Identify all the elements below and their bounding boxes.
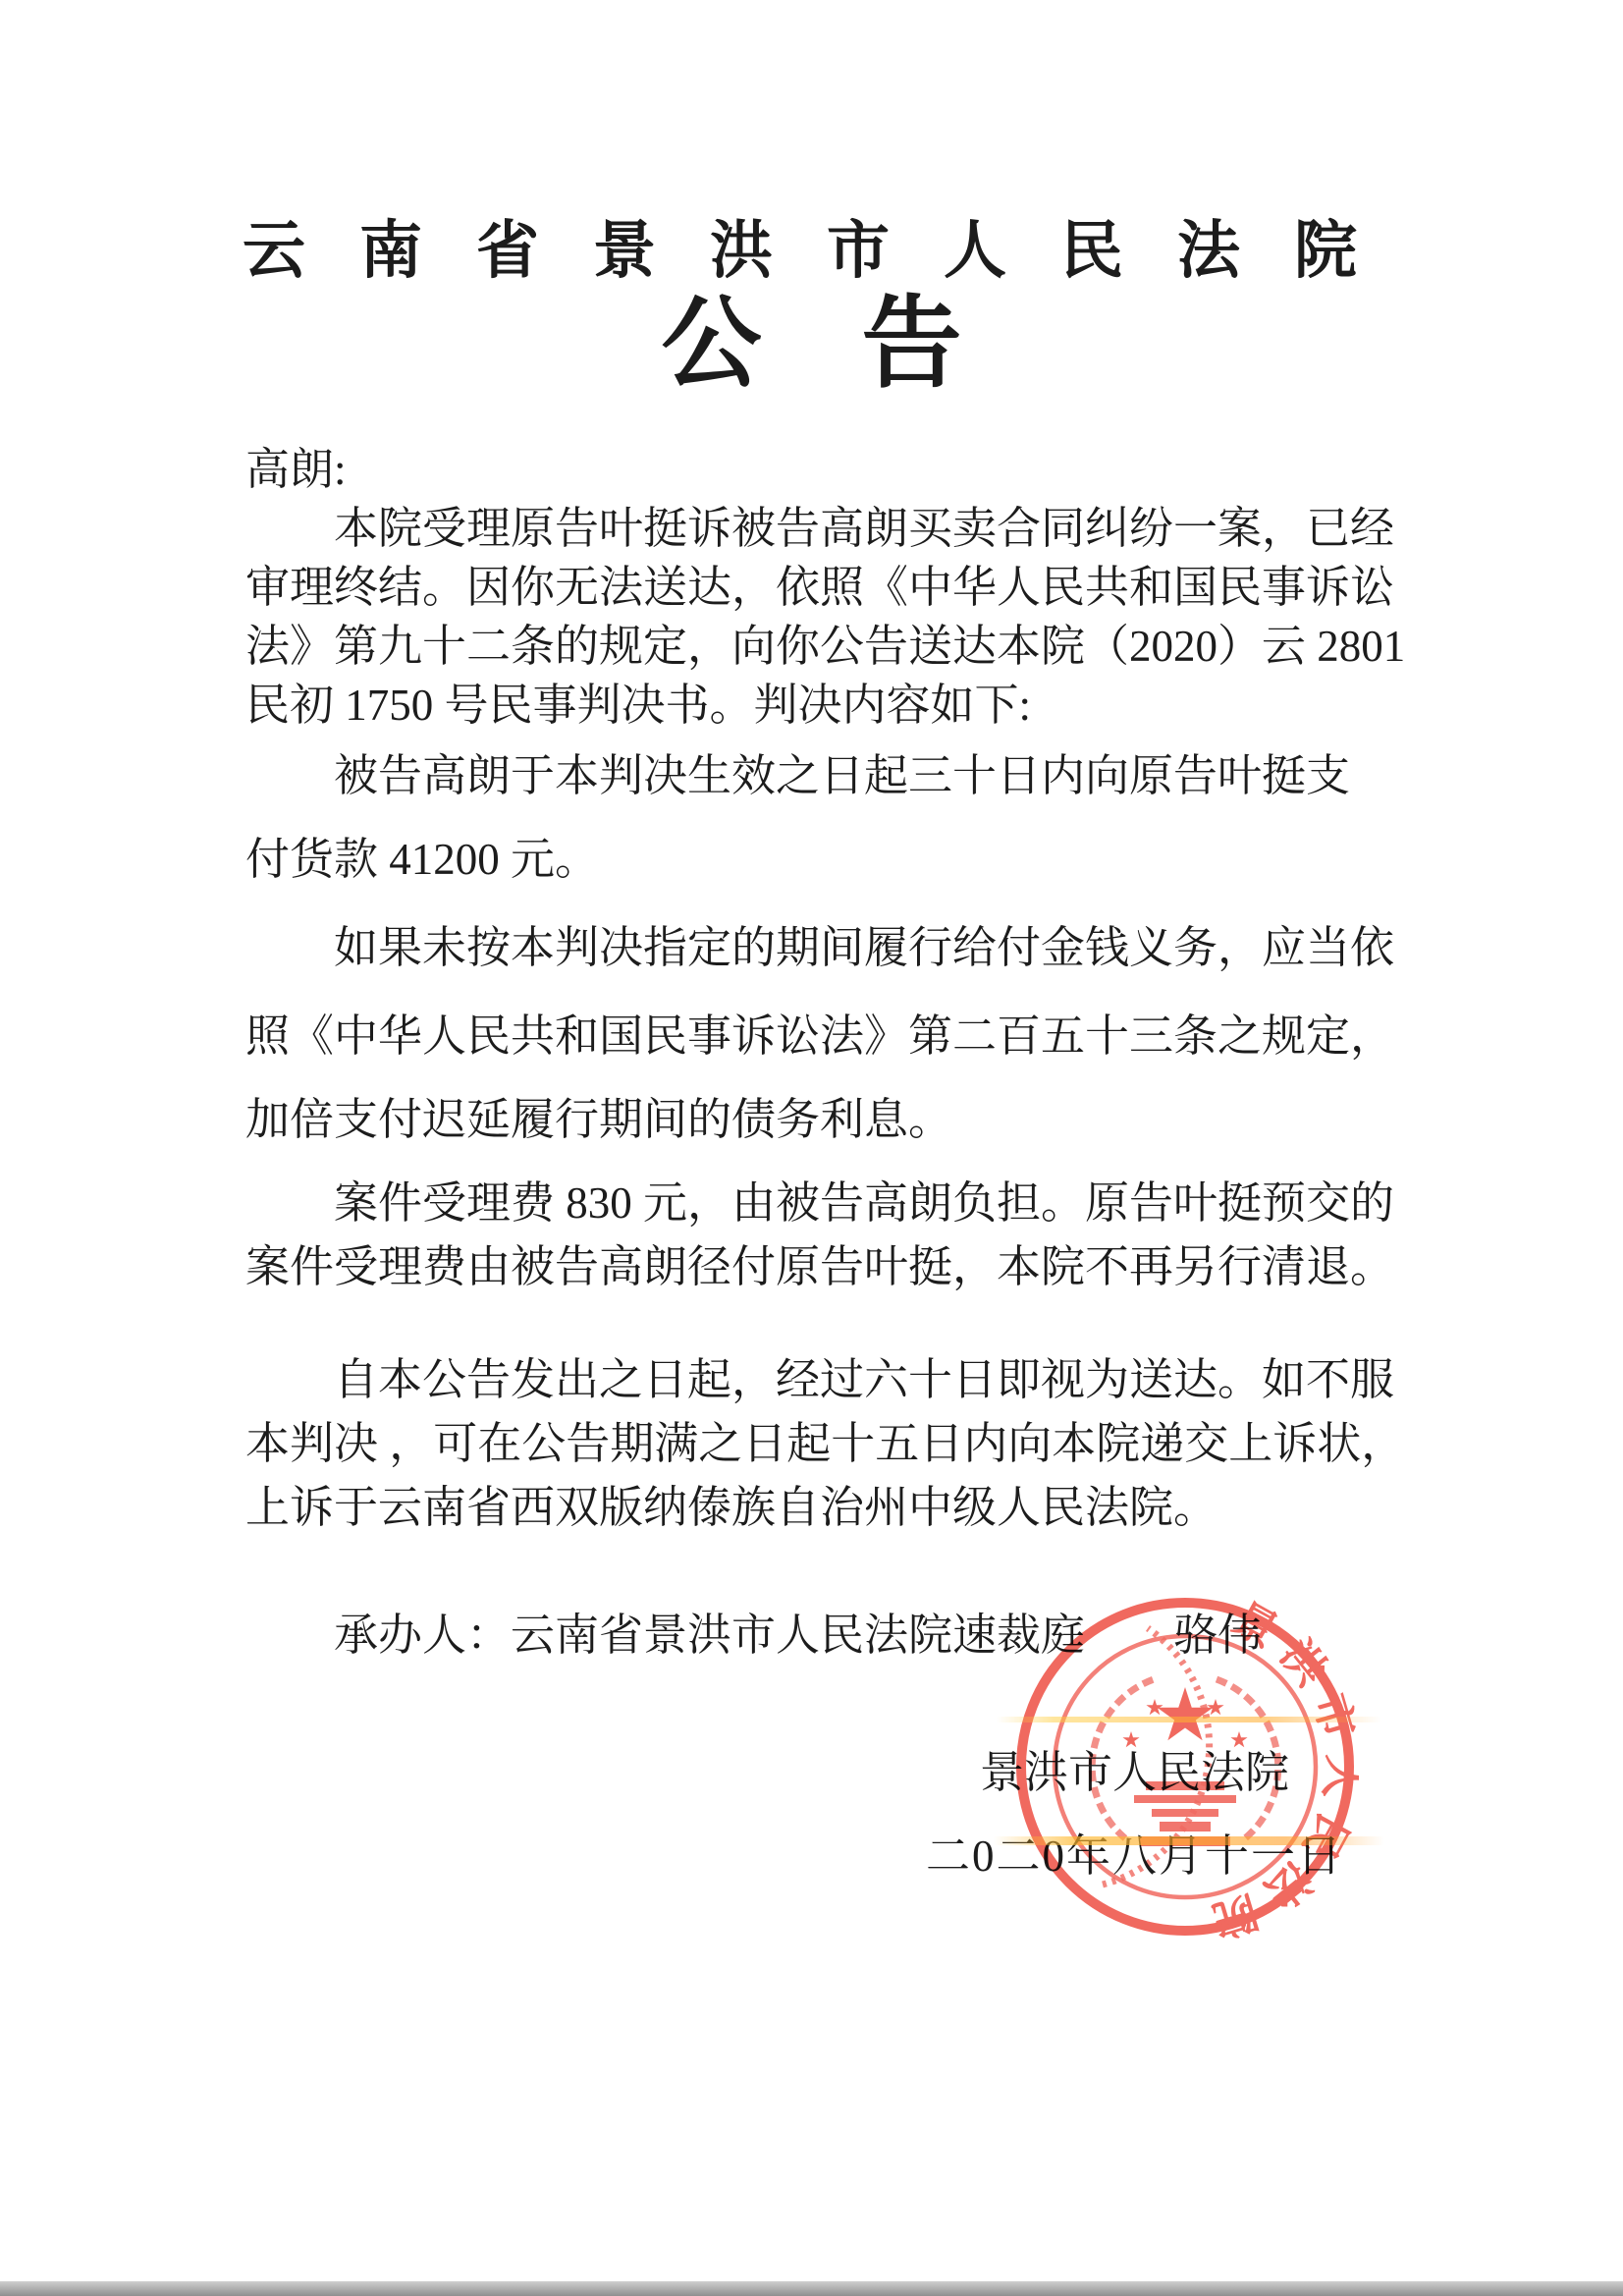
body-line: 高朗: xyxy=(245,440,1424,499)
body-line: 付货款 41200 元。 xyxy=(245,830,1424,889)
body-line: 照《中华人民共和国民事诉讼法》第二百五十三条之规定， xyxy=(245,1007,1424,1066)
body-line: 民初 1750 号民事判决书。判决内容如下: xyxy=(245,676,1424,735)
body-line: 上诉于云南省西双版纳傣族自治州中级人民法院。 xyxy=(245,1478,1424,1537)
doc-title: 公 告 xyxy=(0,287,1623,405)
document-body: 高朗: 本院受理原告叶挺诉被告高朗买卖合同纠纷一案，已经 审理终结。因你无法送达… xyxy=(245,440,1424,1665)
court-name-title: 云南省景洪市人民法院 xyxy=(243,206,1480,295)
body-line: 自本公告发出之日起，经过六十日即视为送达。如不服 xyxy=(245,1350,1424,1409)
seal-wreath-right xyxy=(1217,1679,1278,1838)
body-line: 案件受理费由被告高朗径付原告叶挺，本院不再另行清退。 xyxy=(245,1237,1424,1296)
seal-emblem-stars xyxy=(1122,1687,1247,1747)
seal-arc-text: 景洪市人民法院 xyxy=(1196,1594,1359,1941)
seal-inner-ring xyxy=(1055,1636,1316,1897)
body-line: 法》第九十二条的规定，向你公告送达本院（2020）云 2801 xyxy=(245,617,1424,676)
scan-bottom-edge xyxy=(0,2281,1623,2296)
body-line: 审理终结。因你无法送达，依照《中华人民共和国民事诉讼 xyxy=(245,558,1424,617)
seal-wreath-left xyxy=(1092,1679,1154,1838)
svg-text:景洪市人民法院: 景洪市人民法院 xyxy=(1196,1594,1359,1941)
body-line: 本院受理原告叶挺诉被告高朗买卖合同纠纷一案，已经 xyxy=(245,499,1424,558)
body-line: 加倍支付迟延履行期间的债务利息。 xyxy=(245,1090,1424,1149)
body-line: 被告高朗于本判决生效之日起三十日内向原告叶挺支 xyxy=(245,746,1424,805)
body-line: 案件受理费 830 元，由被告高朗负担。原告叶挺预交的 xyxy=(245,1174,1424,1232)
body-line: 本判决 ，可在公告期满之日起十五日内向本院递交上诉状， xyxy=(245,1414,1424,1473)
body-line: 如果未按本判决指定的期间履行给付金钱义务，应当依 xyxy=(245,918,1424,977)
announcement-page: 云南省景洪市人民法院 公 告 高朗: 本院受理原告叶挺诉被告高朗买卖合同纠纷一案… xyxy=(0,0,1623,2296)
seal-emblem-base xyxy=(1134,1781,1236,1846)
court-seal-icon: 景洪市人民法院 xyxy=(1011,1593,1359,1941)
